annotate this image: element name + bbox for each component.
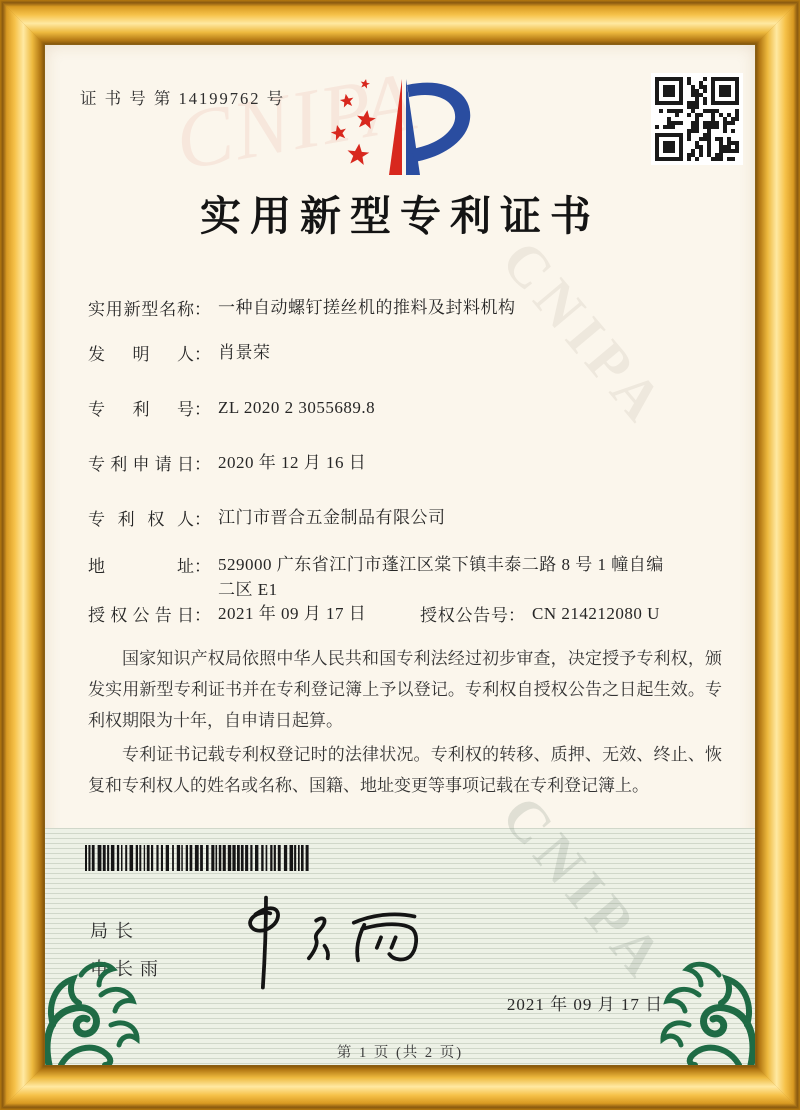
field-label: 专利权人 [88,505,194,530]
ornament-flourish [655,953,755,1065]
patent-certificate-page: CNIPA CNIPA CNIPA 证 书 号 第 14199762 号 [0,0,800,1110]
field-value: 肖景荣 [218,340,271,365]
field-colon: ： [194,505,211,530]
watermark-cnipa-upper: CNIPA [489,228,681,439]
field-label: 授权公告日 [88,601,194,626]
field-row-inventor: 发明人： 肖景荣 [88,340,271,365]
field-label: 实用新型名称 [88,295,194,320]
field-row-address: 地址： 529000 广东省江门市蓬江区棠下镇丰泰二路 8 号 1 幢自编二区 … [88,552,670,602]
corner-ornament-right [655,953,755,1065]
barcode [85,845,315,871]
corner-ornament-left [45,953,145,1065]
ornament-flourish [45,953,145,1065]
field-label: 专利申请日 [88,450,194,475]
frame-bottom [0,1065,800,1110]
qr-code-graphic [655,77,739,161]
page-info: 第 1 页 (共 2 页) [45,1041,755,1062]
field-colon: ： [194,552,211,577]
certificate-number: 证 书 号 第 14199762 号 [80,85,285,109]
field-row-filing-date: 专利申请日： 2020 年 12 月 16 日 [88,450,366,475]
certificate-paper: CNIPA CNIPA CNIPA 证 书 号 第 14199762 号 [45,45,755,1065]
legal-paragraph-2: 专利证书记载专利权登记时的法律状况。专利权的转移、质押、无效、终止、恢复和专利权… [88,739,722,801]
field-row-grant-number: 授权公告号： CN 214212080 U [420,601,660,626]
field-colon: ： [194,340,211,365]
field-row-patentee: 专利权人： 江门市晋合五金制品有限公司 [88,505,446,530]
frame-left [0,0,45,1110]
qr-code [651,73,743,165]
signature-handwriting [220,891,450,991]
field-value: 2021 年 09 月 17 日 [218,601,366,626]
frame-top [0,0,800,45]
legal-text: 国家知识产权局依照中华人民共和国专利法经过初步审查，决定授予专利权，颁发实用新型… [88,643,722,801]
field-value: 一种自动螺钉搓丝机的推料及封料机构 [218,295,516,320]
legal-paragraph-1: 国家知识产权局依照中华人民共和国专利法经过初步审查，决定授予专利权，颁发实用新型… [88,643,722,736]
field-label: 地址 [88,552,194,577]
field-label: 授权公告号 [420,601,508,626]
field-label: 发明人 [88,340,194,365]
field-colon: ： [194,295,211,320]
field-value: 江门市晋合五金制品有限公司 [218,505,446,530]
cnipa-logo-graphic [317,71,483,183]
field-colon: ： [194,601,211,626]
field-colon: ： [508,601,525,626]
field-value: CN 214212080 U [532,601,660,626]
field-value: 2020 年 12 月 16 日 [218,450,366,475]
certificate-title: 实用新型专利证书 [45,183,755,242]
field-colon: ： [194,450,211,475]
field-row-name: 实用新型名称： 一种自动螺钉搓丝机的推料及封料机构 [88,295,516,320]
field-colon: ： [194,395,211,420]
commissioner-title: 局长 [90,917,140,943]
cnipa-logo [317,71,483,185]
signature-strokes [220,891,450,991]
barcode-graphic [85,845,315,871]
field-value: 529000 广东省江门市蓬江区棠下镇丰泰二路 8 号 1 幢自编二区 E1 [218,552,670,602]
field-row-grant-date: 授权公告日： 2021 年 09 月 17 日 授权公告号： CN 214212… [88,601,718,626]
field-row-patent-number: 专利号： ZL 2020 2 3055689.8 [88,395,375,420]
field-value: ZL 2020 2 3055689.8 [218,395,375,420]
field-label: 专利号 [88,395,194,420]
frame-right [755,0,800,1110]
